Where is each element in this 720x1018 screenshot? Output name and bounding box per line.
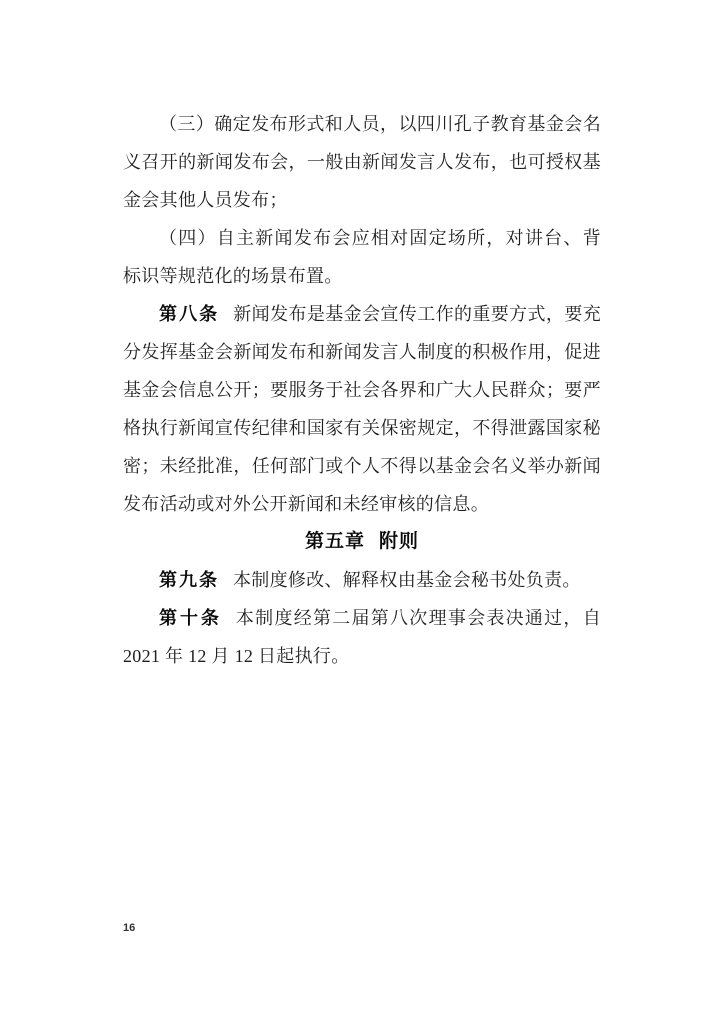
paragraph-clause-3: （三）确定发布形式和人员，以四川孔子教育基金会名 义召开的新闻发布会，一般由新闻… bbox=[123, 105, 601, 219]
article-term: 第十条 bbox=[159, 608, 222, 628]
chapter-title: 附则 bbox=[379, 531, 419, 552]
paragraph-clause-4: （四）自主新闻发布会应相对固定场所，对讲台、背景、 标识等规范化的场景布置。 bbox=[123, 219, 601, 295]
line-text: 本制度修改、解释权由基金会秘书处负责。 bbox=[233, 570, 581, 590]
line-text: 发布活动或对外公开新闻和未经审核的信息。 bbox=[123, 494, 489, 514]
text-line: 2021 年 12 月 12 日起执行。 bbox=[123, 637, 601, 675]
line-text: 标识等规范化的场景布置。 bbox=[123, 266, 343, 286]
document-body: （三）确定发布形式和人员，以四川孔子教育基金会名 义召开的新闻发布会，一般由新闻… bbox=[123, 105, 601, 675]
paragraph-article-8: 第八条新闻发布是基金会宣传工作的重要方式，要充 分发挥基金会新闻发布和新闻发言人… bbox=[123, 295, 601, 523]
text-line: （三）确定发布形式和人员，以四川孔子教育基金会名 bbox=[123, 105, 601, 143]
article-term: 第八条 bbox=[159, 304, 219, 324]
line-text: 2021 年 12 月 12 日起执行。 bbox=[123, 646, 350, 666]
paragraph-article-10: 第十条本制度经第二届第八次理事会表决通过，自 2021 年 12 月 12 日起… bbox=[123, 599, 601, 675]
text-line: 第十条本制度经第二届第八次理事会表决通过，自 bbox=[123, 599, 601, 637]
text-line: （四）自主新闻发布会应相对固定场所，对讲台、背景、 bbox=[123, 219, 601, 257]
line-text: 基金会信息公开；要服务于社会各界和广大人民群众；要严 bbox=[123, 380, 601, 400]
text-line: 第八条新闻发布是基金会宣传工作的重要方式，要充 bbox=[123, 295, 601, 333]
text-line: 格执行新闻宣传纪律和国家有关保密规定，不得泄露国家秘 bbox=[123, 409, 601, 447]
chapter-heading: 第五章附则 bbox=[123, 523, 601, 561]
line-text: 分发挥基金会新闻发布和新闻发言人制度的积极作用，促进 bbox=[123, 342, 601, 362]
line-text: 密；未经批准，任何部门或个人不得以基金会名义举办新闻 bbox=[123, 456, 601, 476]
text-line: 金会其他人员发布； bbox=[123, 181, 601, 219]
chapter-number: 第五章 bbox=[305, 531, 365, 552]
line-text: （三）确定发布形式和人员，以四川孔子教育基金会名 bbox=[159, 114, 601, 134]
line-text: 本制度经第二届第八次理事会表决通过，自 bbox=[236, 608, 601, 628]
text-line: 发布活动或对外公开新闻和未经审核的信息。 bbox=[123, 485, 601, 523]
line-text: （四）自主新闻发布会应相对固定场所，对讲台、背景、 bbox=[123, 228, 601, 257]
text-line: 基金会信息公开；要服务于社会各界和广大人民群众；要严 bbox=[123, 371, 601, 409]
text-line: 密；未经批准，任何部门或个人不得以基金会名义举办新闻 bbox=[123, 447, 601, 485]
text-line: 义召开的新闻发布会，一般由新闻发言人发布，也可授权基 bbox=[123, 143, 601, 181]
page-number: 16 bbox=[123, 921, 135, 935]
text-line: 标识等规范化的场景布置。 bbox=[123, 257, 601, 295]
line-text: 新闻发布是基金会宣传工作的重要方式，要充 bbox=[233, 304, 601, 324]
document-page: （三）确定发布形式和人员，以四川孔子教育基金会名 义召开的新闻发布会，一般由新闻… bbox=[0, 0, 720, 1018]
line-text: 格执行新闻宣传纪律和国家有关保密规定，不得泄露国家秘 bbox=[123, 418, 601, 438]
paragraph-article-9: 第九条本制度修改、解释权由基金会秘书处负责。 bbox=[123, 561, 601, 599]
line-text: 义召开的新闻发布会，一般由新闻发言人发布，也可授权基 bbox=[123, 152, 601, 172]
article-term: 第九条 bbox=[159, 570, 219, 590]
text-line: 第九条本制度修改、解释权由基金会秘书处负责。 bbox=[123, 561, 601, 599]
text-line: 分发挥基金会新闻发布和新闻发言人制度的积极作用，促进 bbox=[123, 333, 601, 371]
line-text: 金会其他人员发布； bbox=[123, 190, 288, 210]
